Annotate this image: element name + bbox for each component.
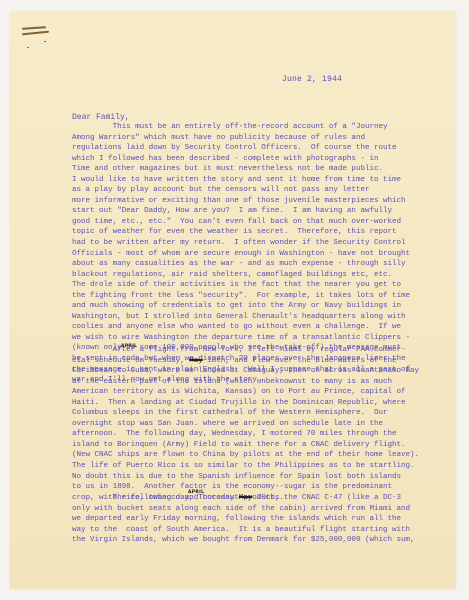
text-line: we departed early Friday morning, follow…: [72, 514, 452, 525]
text-line: way to the coast of South America. It is…: [72, 525, 452, 536]
text-line: only with bucket seats along each side o…: [72, 504, 452, 515]
text-line: the fighting front the less "security". …: [72, 291, 452, 302]
text-line: overnight stop was San Juan. where we ar…: [72, 419, 452, 430]
text-line: island to Borinquen (Army) Field to wait…: [72, 440, 452, 451]
letter-page: June 2, 1944 Dear Family, This must be a…: [10, 12, 456, 589]
text-line: Haiti. Then a landing at Ciudad Trujillo…: [72, 398, 452, 409]
text-line: Columbus sleeps in the first cathedral o…: [72, 408, 452, 419]
text-line: coolies and anyone else who wanted to go…: [72, 322, 452, 333]
paragraph-2: After a flight from New York, I left Mia…: [72, 345, 452, 503]
text-line: No doubt this is due to the Spanish infl…: [72, 472, 452, 483]
text-line: had to be written after my return. I oft…: [72, 238, 452, 249]
text-line: Among Warriors" which must have no publi…: [72, 133, 452, 144]
paragraph-3: The following day, Thursday May 20th, th…: [72, 493, 452, 546]
text-line: blackout regulations, air raid shelters,…: [72, 270, 452, 281]
text-line: Washington, but I strolled into General …: [72, 312, 452, 323]
text-line: Time and other magazines but it must nev…: [72, 164, 452, 175]
paperclip-mark-top: [22, 26, 46, 30]
letter-date: June 2, 1944: [282, 75, 342, 84]
text-line: Officials - most of whom are secure enou…: [72, 249, 452, 260]
handwritten-annotation-april-1: APRIL: [121, 344, 137, 349]
text-line: The following day, Thursday May 20th, th…: [72, 493, 452, 504]
text-line: regulations laid down by Security Contro…: [72, 143, 452, 154]
text-line: at the eastern part of the island (which…: [72, 377, 452, 388]
ink-speck: [44, 41, 46, 42]
text-line: about as many casualities as the war - a…: [72, 259, 452, 270]
letter-salutation: Dear Family,: [72, 113, 130, 122]
text-line: we wish to wire Washington the departure…: [72, 333, 452, 344]
ink-speck: [27, 47, 29, 48]
text-line: This must be an entirely off-the-record …: [72, 122, 452, 133]
text-line: American territory as is Wichita, Kansas…: [72, 387, 452, 398]
struck-word: May: [189, 357, 203, 365]
text-line: and much showing of credentials to get i…: [72, 301, 452, 312]
text-line: good time, etc., etc." You can't even fa…: [72, 217, 452, 228]
text-line: more informative or exciting than one of…: [72, 196, 452, 207]
struck-word: May: [239, 494, 253, 502]
text-line: The drole side of their activities is th…: [72, 280, 452, 291]
text-line: cial schedule on Tuesday, May 18th, and …: [72, 356, 452, 367]
text-line: afternoon. The following day, Wednesday,…: [72, 429, 452, 440]
text-line: start out "Dear Daddy, How are you? I am…: [72, 206, 452, 217]
text-line: to us in 1898. Another factor is the eco…: [72, 482, 452, 493]
text-line: (New CNAC ships are flown to China by pi…: [72, 450, 452, 461]
text-line: as a play by play account but the censor…: [72, 185, 452, 196]
text-line: The life of Puerto Rico is so similar to…: [72, 461, 452, 472]
text-line: which I followed has been described - co…: [72, 154, 452, 165]
text-line: I would like to have written the story a…: [72, 175, 452, 186]
text-line: Caribbean to Cuba, where we landed at Ca…: [72, 366, 452, 377]
text-line: topic of weather for even the weather is…: [72, 227, 452, 238]
handwritten-annotation-april-2: APRIL: [188, 490, 204, 495]
text-line: the Virgin Islands, which we bought from…: [72, 535, 452, 546]
paperclip-mark-bottom: [22, 31, 49, 36]
